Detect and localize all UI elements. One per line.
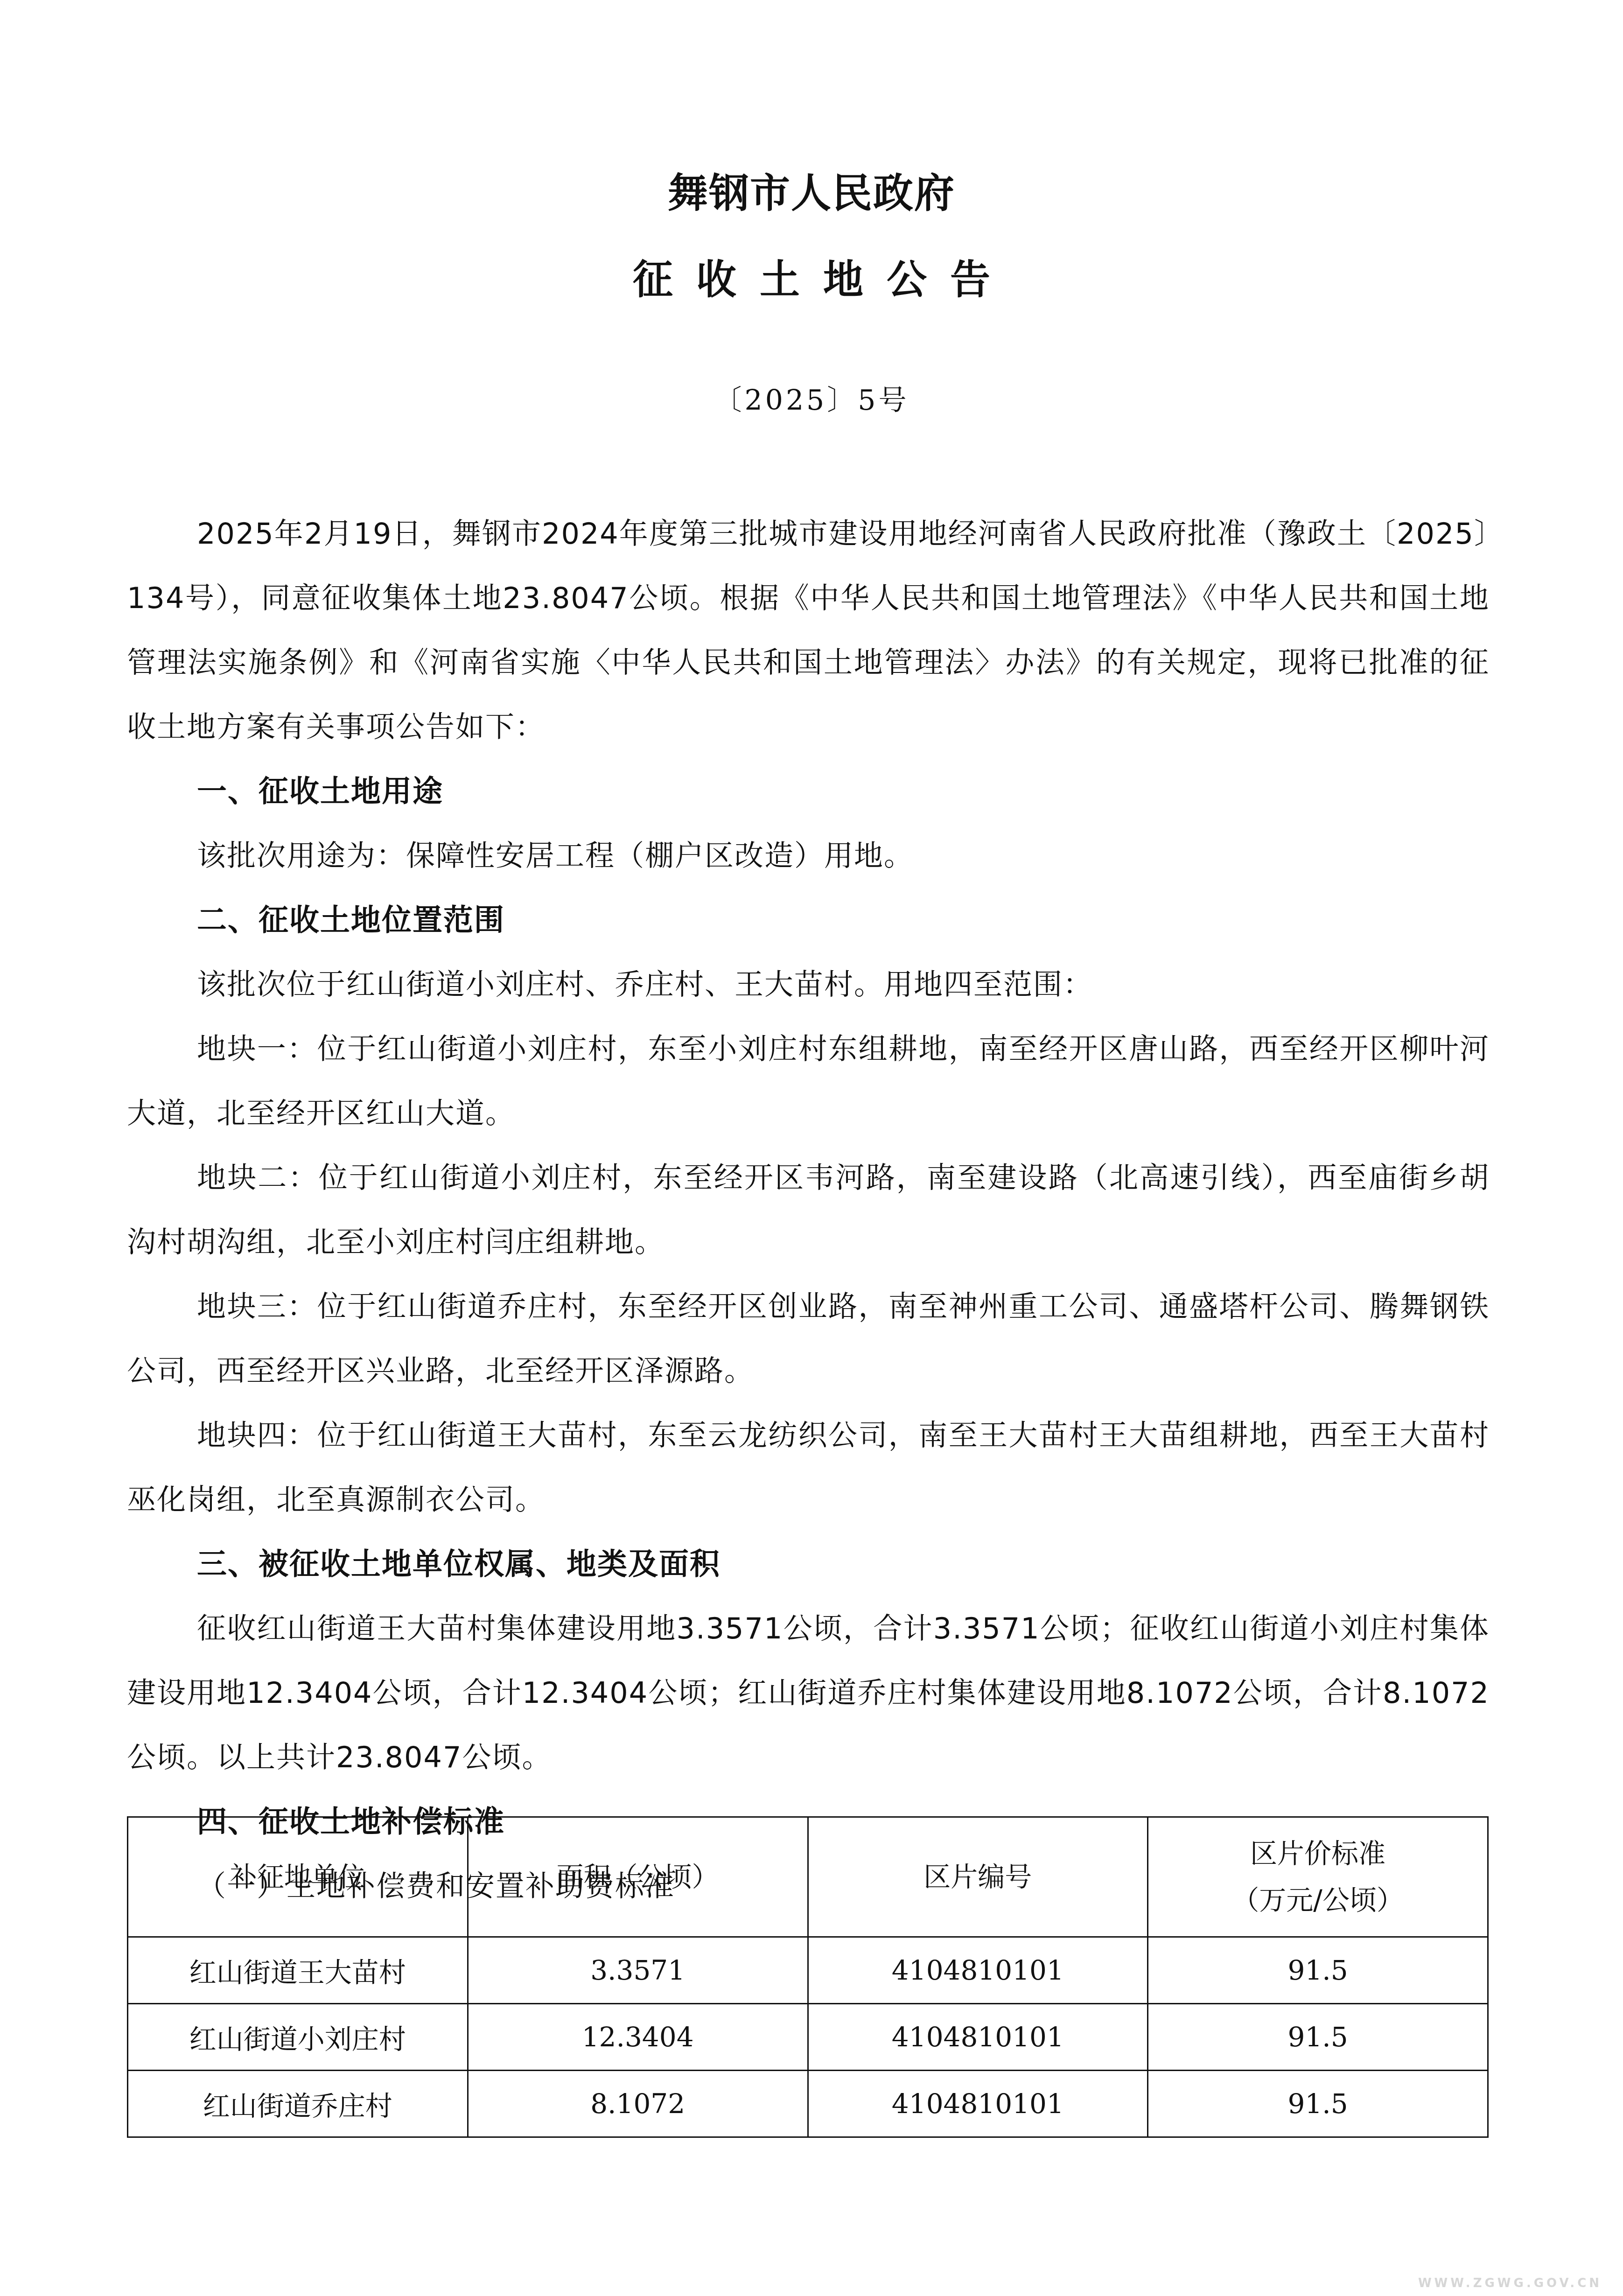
cell-price: 91.5 — [1148, 2071, 1488, 2137]
cell-area: 3.3571 — [468, 1937, 808, 2004]
header-area: 面积（公顷） — [468, 1817, 808, 1937]
purpose-paragraph: 该批次用途为：保障性安居工程（棚户区改造）用地。 — [127, 824, 1490, 888]
document-page: 舞钢市人民政府 征收土地公告 〔2025〕5号 2025年2月19日，舞钢市20… — [0, 0, 1623, 2296]
notice-title: 征收土地公告 — [0, 247, 1623, 305]
compensation-standards-table: 补征地单位 面积（公顷） 区片编号 区片价标准 （万元/公顷） 红山街道王大苗村… — [127, 1816, 1489, 2138]
header-unit: 补征地单位 — [128, 1817, 468, 1937]
cell-price: 91.5 — [1148, 2004, 1488, 2071]
parcel-3-paragraph: 地块三：位于红山街道乔庄村，东至经开区创业路，南至神州重工公司、通盛塔杆公司、腾… — [127, 1274, 1490, 1403]
section-heading-ownership: 三、被征收土地单位权属、地类及面积 — [127, 1532, 1490, 1596]
location-summary-paragraph: 该批次位于红山街道小刘庄村、乔庄村、王大苗村。用地四至范围： — [127, 952, 1490, 1017]
cell-zone-code: 4104810101 — [808, 2071, 1148, 2137]
header-zone-code: 区片编号 — [808, 1817, 1148, 1937]
notice-body: 2025年2月19日，舞钢市2024年度第三批城市建设用地经河南省人民政府批准（… — [127, 502, 1490, 1918]
table-row: 红山街道乔庄村 8.1072 4104810101 91.5 — [128, 2071, 1488, 2137]
cell-zone-code: 4104810101 — [808, 1937, 1148, 2004]
cell-area: 8.1072 — [468, 2071, 808, 2137]
header-price-label: 区片价标准 — [1149, 1830, 1487, 1877]
issuer-title: 舞钢市人民政府 — [0, 161, 1623, 219]
intro-paragraph: 2025年2月19日，舞钢市2024年度第三批城市建设用地经河南省人民政府批准（… — [127, 502, 1490, 759]
section-heading-location: 二、征收土地位置范围 — [127, 888, 1490, 952]
document-number: 〔2025〕5号 — [0, 378, 1623, 418]
parcel-2-paragraph: 地块二：位于红山街道小刘庄村，东至经开区韦河路，南至建设路（北高速引线），西至庙… — [127, 1146, 1490, 1274]
table-row: 红山街道王大苗村 3.3571 4104810101 91.5 — [128, 1937, 1488, 2004]
table-header-row: 补征地单位 面积（公顷） 区片编号 区片价标准 （万元/公顷） — [128, 1817, 1488, 1937]
cell-unit: 红山街道小刘庄村 — [128, 2004, 468, 2071]
table-row: 红山街道小刘庄村 12.3404 4104810101 91.5 — [128, 2004, 1488, 2071]
ownership-paragraph: 征收红山街道王大苗村集体建设用地3.3571公顷，合计3.3571公顷；征收红山… — [127, 1596, 1490, 1790]
header-price-unit: （万元/公顷） — [1149, 1877, 1487, 1924]
cell-unit: 红山街道乔庄村 — [128, 2071, 468, 2137]
section-heading-purpose: 一、征收土地用途 — [127, 759, 1490, 824]
cell-unit: 红山街道王大苗村 — [128, 1937, 468, 2004]
website-watermark: WWW.ZGWG.GOV.CN — [1418, 2276, 1602, 2290]
header-price: 区片价标准 （万元/公顷） — [1148, 1817, 1488, 1937]
cell-area: 12.3404 — [468, 2004, 808, 2071]
cell-price: 91.5 — [1148, 1937, 1488, 2004]
parcel-4-paragraph: 地块四：位于红山街道王大苗村，东至云龙纺织公司，南至王大苗村王大苗组耕地，西至王… — [127, 1403, 1490, 1532]
parcel-1-paragraph: 地块一：位于红山街道小刘庄村，东至小刘庄村东组耕地，南至经开区唐山路，西至经开区… — [127, 1017, 1490, 1146]
cell-zone-code: 4104810101 — [808, 2004, 1148, 2071]
